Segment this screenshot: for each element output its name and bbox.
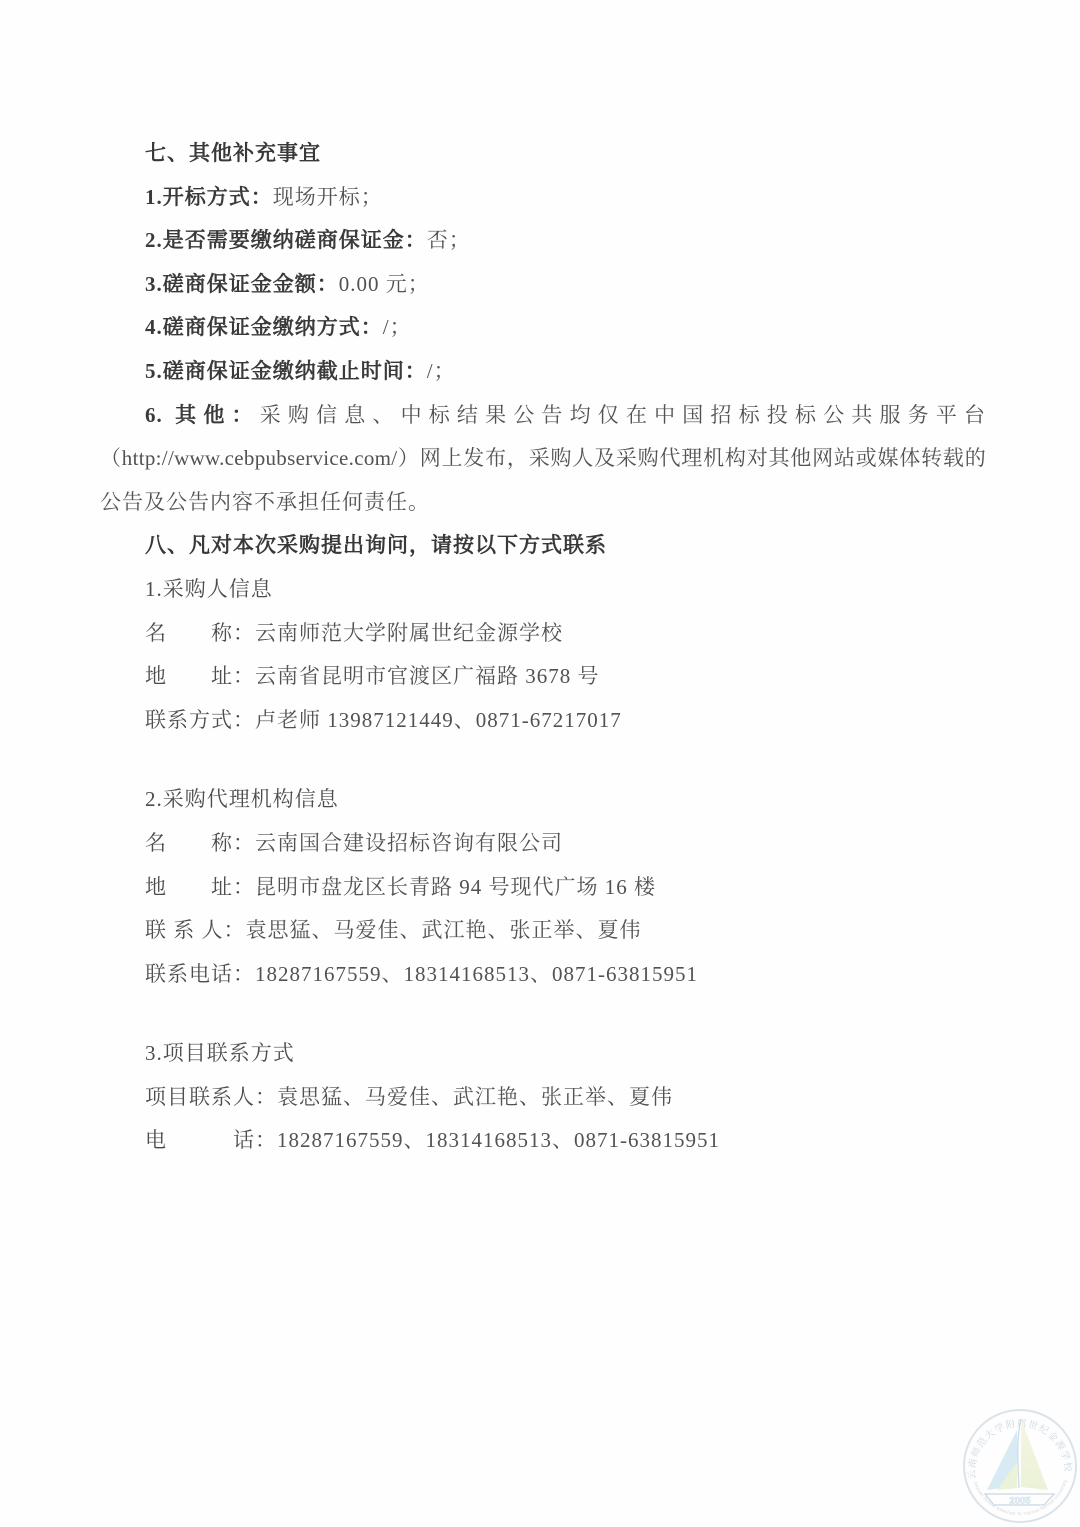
item-value: /； [427, 359, 456, 383]
row-value: 袁思猛、马爱佳、武江艳、张正举、夏伟 [277, 1085, 673, 1109]
section8-heading: 八、凡对本次采购提出询问，请按以下方式联系 [100, 524, 986, 568]
purchaser-info-title: 1.采购人信息 [100, 568, 986, 612]
row-label: 名 称： [145, 621, 255, 645]
item-other-line1: 6. 其他：采购信息、中标结果公告均仅在中国招标投标公共服务平台 [100, 394, 986, 438]
item-label: 1.开标方式： [145, 185, 273, 209]
item-label: 4.磋商保证金缴纳方式： [145, 315, 383, 339]
row-value: 云南省昆明市官渡区广福路 3678 号 [255, 664, 600, 688]
agency-phone-row: 联系电话：18287167559、18314168513、0871-638159… [100, 953, 986, 997]
section7-heading: 七、其他补充事宜 [100, 132, 986, 176]
row-label: 联系电话： [145, 962, 255, 986]
item-deposit-payment-method: 4.磋商保证金缴纳方式：/； [100, 306, 986, 350]
item-bid-opening-method: 1.开标方式：现场开标； [100, 176, 986, 220]
row-label: 地 址： [145, 875, 255, 899]
item-label: 2.是否需要缴纳磋商保证金： [145, 228, 427, 252]
row-value: 昆明市盘龙区长青路 94 号现代广场 16 楼 [255, 875, 656, 899]
row-value: 卢老师 13987121449、0871-67217017 [255, 708, 622, 732]
item-deposit-deadline: 5.磋商保证金缴纳截止时间：/； [100, 350, 986, 394]
announcement-body: 七、其他补充事宜 1.开标方式：现场开标； 2.是否需要缴纳磋商保证金：否； 3… [100, 132, 986, 1163]
item-label: 6. 其他： [145, 403, 260, 427]
project-phone-row: 电 话：18287167559、18314168513、0871-6381595… [100, 1119, 986, 1163]
row-value: 云南师范大学附属世纪金源学校 [255, 621, 563, 645]
item-deposit-amount: 3.磋商保证金金额：0.00 元； [100, 263, 986, 307]
agency-name-row: 名 称：云南国合建设招标咨询有限公司 [100, 822, 986, 866]
item-value: 0.00 元； [339, 272, 430, 296]
item-other-line2-cebpubservice-url: （http://www.cebpubservice.com/）网上发布，采购人及… [100, 437, 986, 481]
purchaser-name-row: 名 称：云南师范大学附属世纪金源学校 [100, 612, 986, 656]
spacer [100, 742, 986, 778]
row-value: 袁思猛、马爱佳、武江艳、张正举、夏伟 [246, 918, 642, 942]
item-value: /； [383, 315, 412, 339]
document-page: 七、其他补充事宜 1.开标方式：现场开标； 2.是否需要缴纳磋商保证金：否； 3… [0, 0, 1080, 1527]
seal-year: 2005 [1009, 1496, 1031, 1507]
project-contact-title: 3.项目联系方式 [100, 1032, 986, 1076]
row-label: 地 址： [145, 664, 255, 688]
item-value: 采购信息、中标结果公告均仅在中国招标投标公共服务平台 [260, 403, 986, 427]
row-value: 18287167559、18314168513、0871-63815951 [277, 1128, 720, 1152]
row-label: 名 称： [145, 831, 255, 855]
purchaser-contact-row: 联系方式：卢老师 13987121449、0871-67217017 [100, 699, 986, 743]
project-contact-person-row: 项目联系人：袁思猛、马爱佳、武江艳、张正举、夏伟 [100, 1076, 986, 1120]
agency-address-row: 地 址：昆明市盘龙区长青路 94 号现代广场 16 楼 [100, 866, 986, 910]
row-label: 电 话： [145, 1128, 277, 1152]
row-label: 联 系 人： [145, 918, 246, 942]
item-value: 现场开标； [273, 185, 383, 209]
school-seal-watermark: 云南师范大学附属世纪金源学校 Jinyuan School Attached T… [958, 1404, 1080, 1527]
item-value: 否； [427, 228, 471, 252]
item-label: 5.磋商保证金缴纳截止时间： [145, 359, 427, 383]
item-other-line3: 公告及公告内容不承担任何责任。 [100, 481, 986, 525]
row-value: 云南国合建设招标咨询有限公司 [255, 831, 563, 855]
agency-contact-person-row: 联 系 人：袁思猛、马爱佳、武江艳、张正举、夏伟 [100, 909, 986, 953]
purchaser-address-row: 地 址：云南省昆明市官渡区广福路 3678 号 [100, 655, 986, 699]
row-label: 项目联系人： [145, 1085, 277, 1109]
row-value: 18287167559、18314168513、0871-63815951 [255, 962, 698, 986]
spacer [100, 996, 986, 1032]
row-label: 联系方式： [145, 708, 255, 732]
item-deposit-required: 2.是否需要缴纳磋商保证金：否； [100, 219, 986, 263]
item-label: 3.磋商保证金金额： [145, 272, 339, 296]
agency-info-title: 2.采购代理机构信息 [100, 778, 986, 822]
